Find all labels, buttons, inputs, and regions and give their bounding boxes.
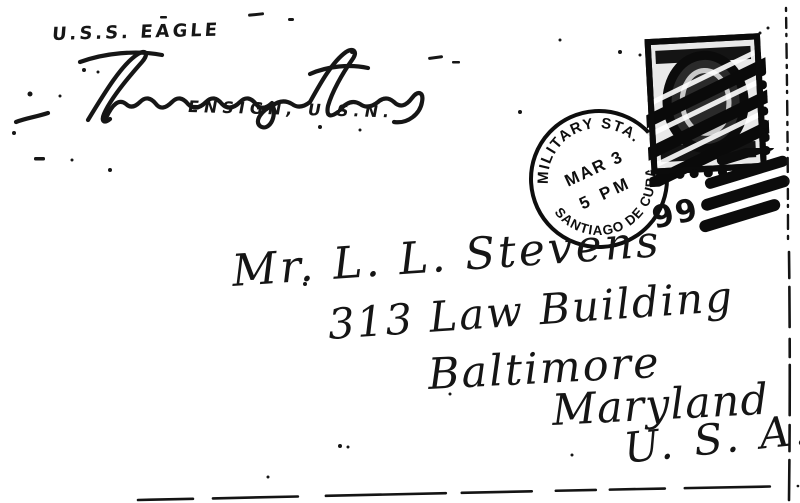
stamp-perforations	[670, 67, 772, 179]
svg-text:MILITARY STA.: MILITARY STA.	[525, 105, 647, 191]
envelope-scan: U.S.S. EAGLE ENSIGN, U.S.N. MILITARY STA…	[0, 0, 800, 503]
bottom-edge-line	[138, 486, 798, 500]
postmark-time-text: 5 PM	[576, 173, 634, 214]
postage-stamp	[642, 31, 772, 187]
postmark-station-text: MILITARY STA.	[525, 105, 647, 191]
right-edge-line-lower	[789, 252, 790, 500]
sender-ship-label: U.S.S. EAGLE	[51, 20, 221, 45]
sender-rank-label: ENSIGN, U.S.N.	[186, 97, 396, 121]
postmark-date-text: MAR 3	[562, 147, 627, 191]
right-edge-line-upper	[786, 8, 788, 244]
